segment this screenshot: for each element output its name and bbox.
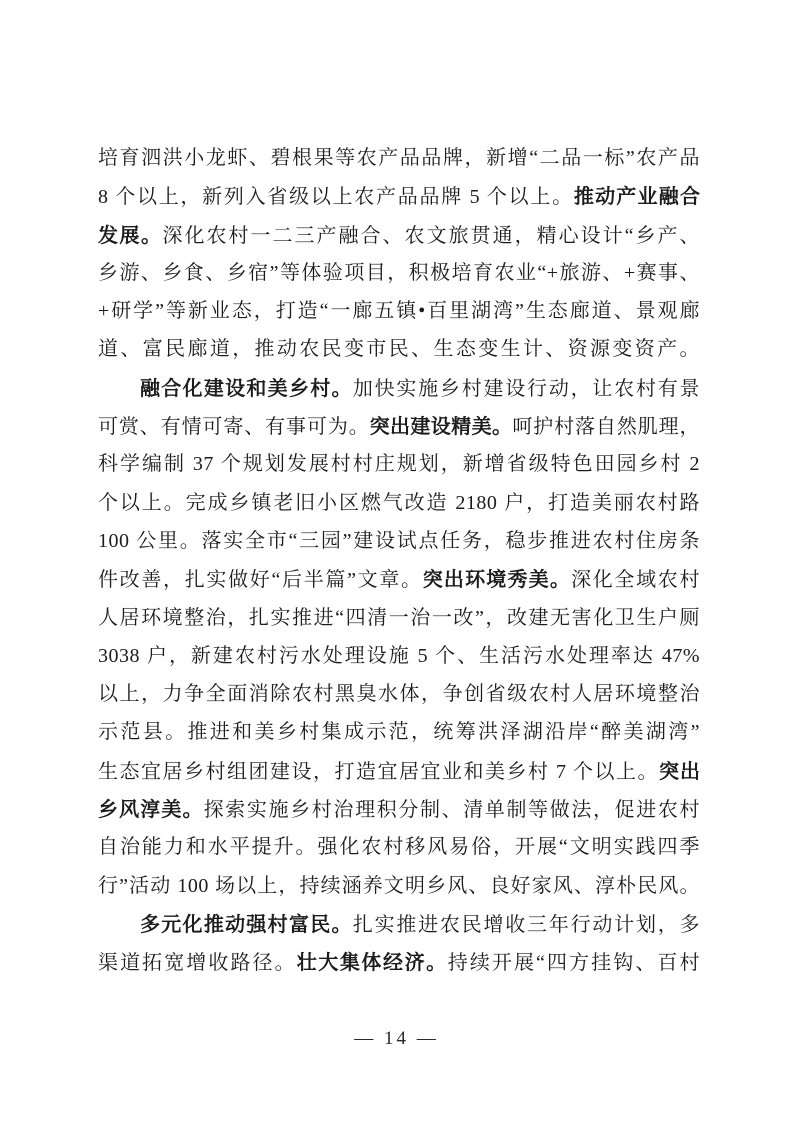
- body-text: 培育泗洪小龙虾、碧根果等农产品品牌，新增“二品一标”农产品: [98, 147, 700, 169]
- bold-emphasis: 突出: [659, 759, 700, 783]
- body-text: 深化全域农村: [571, 569, 700, 591]
- body-text: 件改善，扎实做好“后半篇”文章。: [98, 569, 423, 591]
- text-line: 以上，力争全面消除农村黑臭水体，争创省级农村人居环境整治: [98, 675, 700, 713]
- body-text: 道、富民廊道，推动农民变市民、生态变生计、资源变资产。: [98, 338, 700, 360]
- text-line: 人居环境整治，扎实推进“四清一治一改”，改建无害化卫生户厕: [98, 599, 700, 637]
- body-text: 持续开展“四方挂钩、百村: [448, 952, 700, 974]
- text-line: 可赏、有情可寄、有事可为。突出建设精美。呵护村落自然肌理，: [98, 407, 700, 445]
- bold-emphasis: 推动产业融合: [574, 184, 700, 208]
- text-line: 生态宜居乡村组团建设，打造宜居宜业和美乡村 7 个以上。突出: [98, 752, 700, 790]
- text-line: 件改善，扎实做好“后半篇”文章。突出环境秀美。深化全域农村: [98, 560, 700, 598]
- text-line: 8 个以上，新列入省级以上农产品品牌 5 个以上。推动产业融合: [98, 177, 700, 215]
- text-line: 道、富民廊道，推动农民变市民、生态变生计、资源变资产。: [98, 330, 700, 368]
- body-text: 生态宜居乡村组团建设，打造宜居宜业和美乡村 7 个以上。: [98, 761, 659, 783]
- body-text: 100 公里。落实全市“三园”建设试点任务，稳步推进农村住房条: [98, 530, 700, 552]
- text-line: 行”活动 100 场以上，持续涵养文明乡风、良好家风、淳朴民风。: [98, 867, 700, 905]
- bold-emphasis: 乡风淳美。: [98, 797, 204, 821]
- bold-emphasis: 发展。: [98, 223, 163, 247]
- body-text: 自治能力和水平提升。强化农村移风易俗，开展“文明实践四季: [98, 836, 700, 858]
- body-text: 人居环境整治，扎实推进“四清一治一改”，改建无害化卫生户厕: [98, 607, 700, 629]
- body-text: 科学编制 37 个规划发展村村庄规划，新增省级特色田园乡村 2: [98, 453, 700, 475]
- document-page: 培育泗洪小龙虾、碧根果等农产品品牌，新增“二品一标”农产品8 个以上，新列入省级…: [0, 0, 793, 1122]
- text-line: 个以上。完成乡镇老旧小区燃气改造 2180 户，打造美丽农村路: [98, 484, 700, 522]
- text-line: 100 公里。落实全市“三园”建设试点任务，稳步推进农村住房条: [98, 522, 700, 560]
- text-line: 乡风淳美。探索实施乡村治理积分制、清单制等做法，促进农村: [98, 790, 700, 828]
- bold-emphasis: 突出环境秀美。: [423, 567, 571, 591]
- text-block: 培育泗洪小龙虾、碧根果等农产品品牌，新增“二品一标”农产品8 个以上，新列入省级…: [98, 139, 700, 982]
- body-text: 可赏、有情可寄、有事可为。: [98, 416, 370, 438]
- text-line: 培育泗洪小龙虾、碧根果等农产品品牌，新增“二品一标”农产品: [98, 139, 700, 177]
- text-line: 渠道拓宽增收路径。壮大集体经济。持续开展“四方挂钩、百村: [98, 943, 700, 981]
- text-line: +研学”等新业态，打造“一廊五镇•百里湖湾”生态廊道、景观廊: [98, 292, 700, 330]
- body-text: +研学”等新业态，打造“一廊五镇•百里湖湾”生态廊道、景观廊: [98, 300, 700, 322]
- body-text: 个以上。完成乡镇老旧小区燃气改造 2180 户，打造美丽农村路: [98, 492, 700, 514]
- text-line: 多元化推动强村富民。扎实推进农民增收三年行动计划，多: [98, 905, 700, 943]
- page-number: — 14 —: [0, 1026, 793, 1052]
- body-text: 示范县。推进和美乡村集成示范，统筹洪泽湖沿岸“醉美湖湾”: [98, 721, 700, 743]
- text-line: 示范县。推进和美乡村集成示范，统筹洪泽湖沿岸“醉美湖湾”: [98, 713, 700, 751]
- bold-emphasis: 多元化推动强村富民。: [140, 912, 353, 936]
- bold-emphasis: 壮大集体经济。: [297, 950, 448, 974]
- text-line: 发展。深化农村一二三产融合、农文旅贯通，精心设计“乡产、: [98, 216, 700, 254]
- body-text: 3038 户，新建农村污水处理设施 5 个、生活污水处理率达 47%: [98, 645, 700, 667]
- body-text: 加快实施乡村建设行动，让农村有景: [353, 378, 700, 400]
- text-line: 3038 户，新建农村污水处理设施 5 个、生活污水处理率达 47%: [98, 637, 700, 675]
- text-line: 自治能力和水平提升。强化农村移风易俗，开展“文明实践四季: [98, 828, 700, 866]
- text-line: 科学编制 37 个规划发展村村庄规划，新增省级特色田园乡村 2: [98, 445, 700, 483]
- bold-emphasis: 融合化建设和美乡村。: [140, 376, 353, 400]
- body-text: 渠道拓宽增收路径。: [98, 952, 297, 974]
- body-text: 8 个以上，新列入省级以上农产品品牌 5 个以上。: [98, 186, 574, 208]
- body-text: 探索实施乡村治理积分制、清单制等做法，促进农村: [204, 799, 700, 821]
- body-text: 乡游、乡食、乡宿”等体验项目，积极培育农业“+旅游、+赛事、: [98, 262, 700, 284]
- text-line: 乡游、乡食、乡宿”等体验项目，积极培育农业“+旅游、+赛事、: [98, 254, 700, 292]
- body-text: 以上，力争全面消除农村黑臭水体，争创省级农村人居环境整治: [98, 683, 700, 705]
- body-text: 深化农村一二三产融合、农文旅贯通，精心设计“乡产、: [163, 225, 700, 247]
- body-text: 扎实推进农民增收三年行动计划，多: [353, 914, 700, 936]
- text-line: 融合化建设和美乡村。加快实施乡村建设行动，让农村有景: [98, 369, 700, 407]
- body-text: 呵护村落自然肌理，: [512, 416, 700, 438]
- bold-emphasis: 突出建设精美。: [370, 414, 513, 438]
- body-text: 行”活动 100 场以上，持续涵养文明乡风、良好家风、淳朴民风。: [98, 875, 700, 897]
